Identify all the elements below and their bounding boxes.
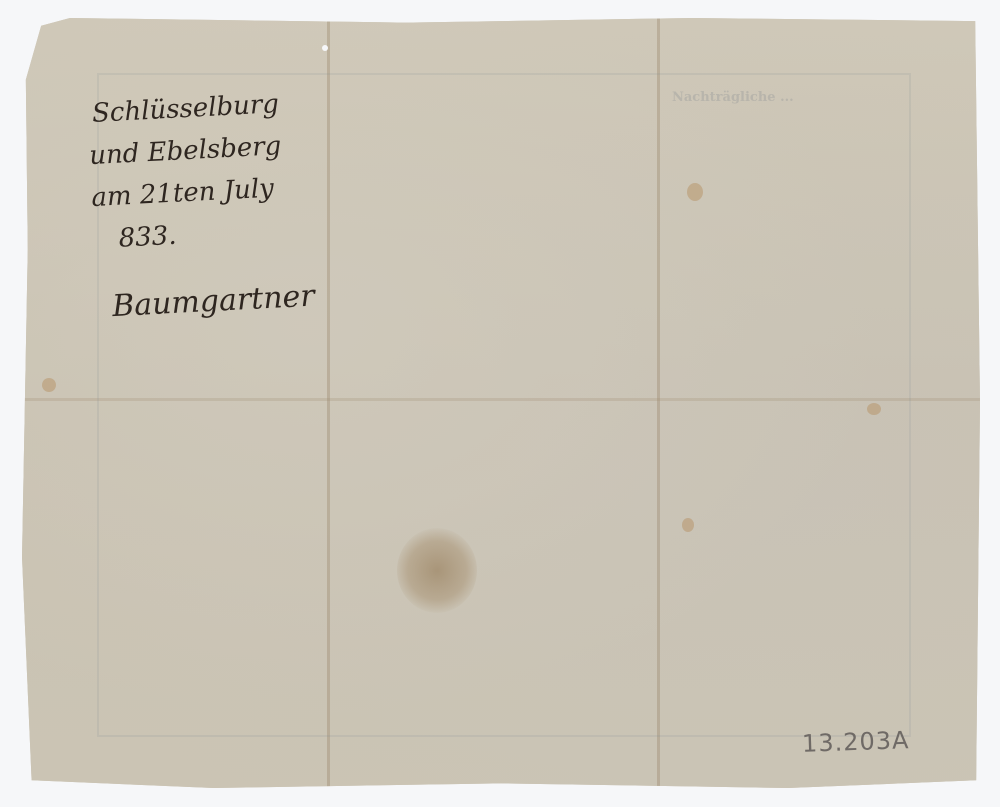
stain-spot (42, 378, 56, 392)
handwritten-note: Schlüsselburg und Ebelsberg am 21ten Jul… (91, 79, 363, 328)
stain-spot (867, 403, 881, 415)
archive-number: 13.203A (802, 726, 910, 758)
document-sheet: Nachträgliche ... Schlüsselburg und Ebel… (22, 18, 980, 788)
bleed-through-text: Nachträgliche ... (672, 88, 902, 107)
paper-hole (322, 45, 328, 51)
stain (397, 528, 477, 613)
stain-spot (682, 518, 694, 532)
stain-spot (687, 183, 703, 201)
